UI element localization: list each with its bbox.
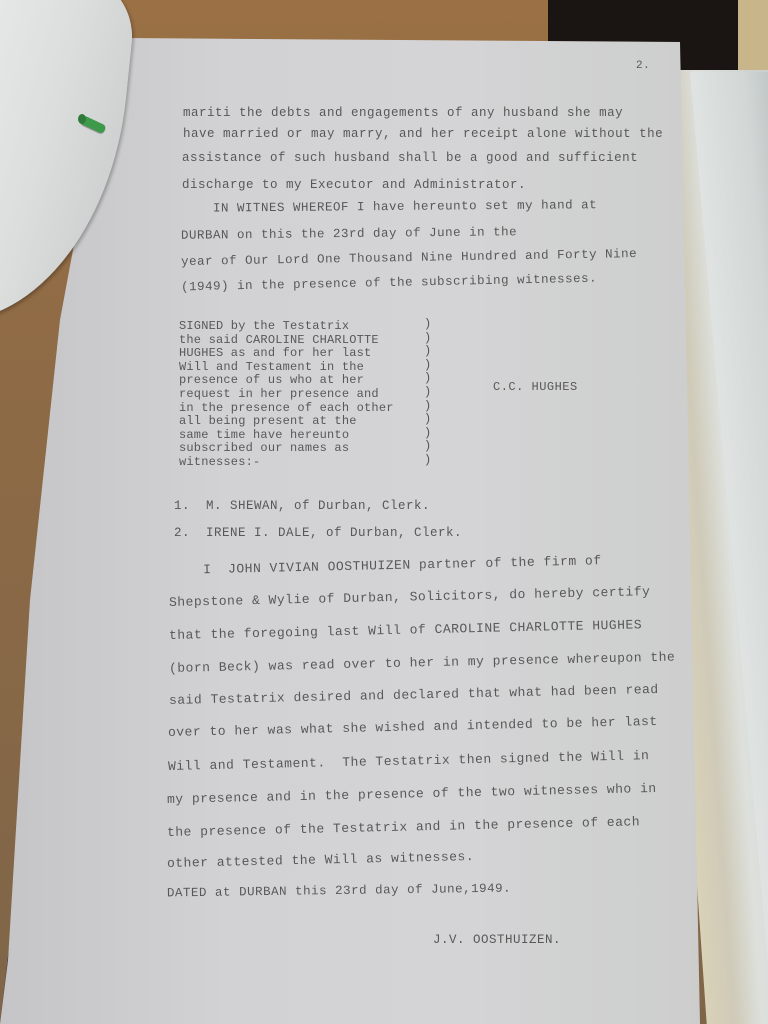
attestation-line: the said CAROLINE CHARLOTTE [179, 334, 379, 348]
page-number: 2. [636, 60, 650, 72]
attestation-line: presence of us who at her [179, 374, 364, 388]
attestation-line: in the presence of each other [179, 402, 394, 416]
opening-line-4: discharge to my Executor and Administrat… [182, 178, 526, 192]
attestation-line: all being present at the [179, 415, 357, 429]
treasury-tag-end-icon [78, 114, 86, 124]
attestation-line: Will and Testament in the [179, 361, 364, 375]
witness-1: 1. M. SHEWAN, of Durban, Clerk. [174, 499, 430, 513]
attestation-line: same time have hereunto [179, 429, 349, 443]
background-object [738, 0, 768, 80]
attestation-line: witnesses:- [179, 456, 260, 470]
attestation-brace: ) ) ) ) ) ) ) ) ) ) ) [424, 318, 431, 468]
witness-2: 2. IRENE I. DALE, of Durban, Clerk. [174, 526, 462, 540]
attestation-line: request in her presence and [179, 388, 379, 402]
testatrix-signature: C.C. HUGHES [493, 380, 578, 394]
opening-line-3: assistance of such husband shall be a go… [182, 151, 638, 165]
opening-line-1: mariti the debts and engagements of any … [183, 106, 623, 120]
attestation-line: HUGHES as and for her last [179, 347, 371, 361]
opening-line-2: have married or may marry, and her recei… [183, 127, 663, 141]
solicitor-signature: J.V. OOSTHUIZEN. [433, 933, 561, 947]
attestation-line: SIGNED by the Testatrix [179, 320, 349, 334]
attestation-line: subscribed our names as [179, 442, 349, 456]
